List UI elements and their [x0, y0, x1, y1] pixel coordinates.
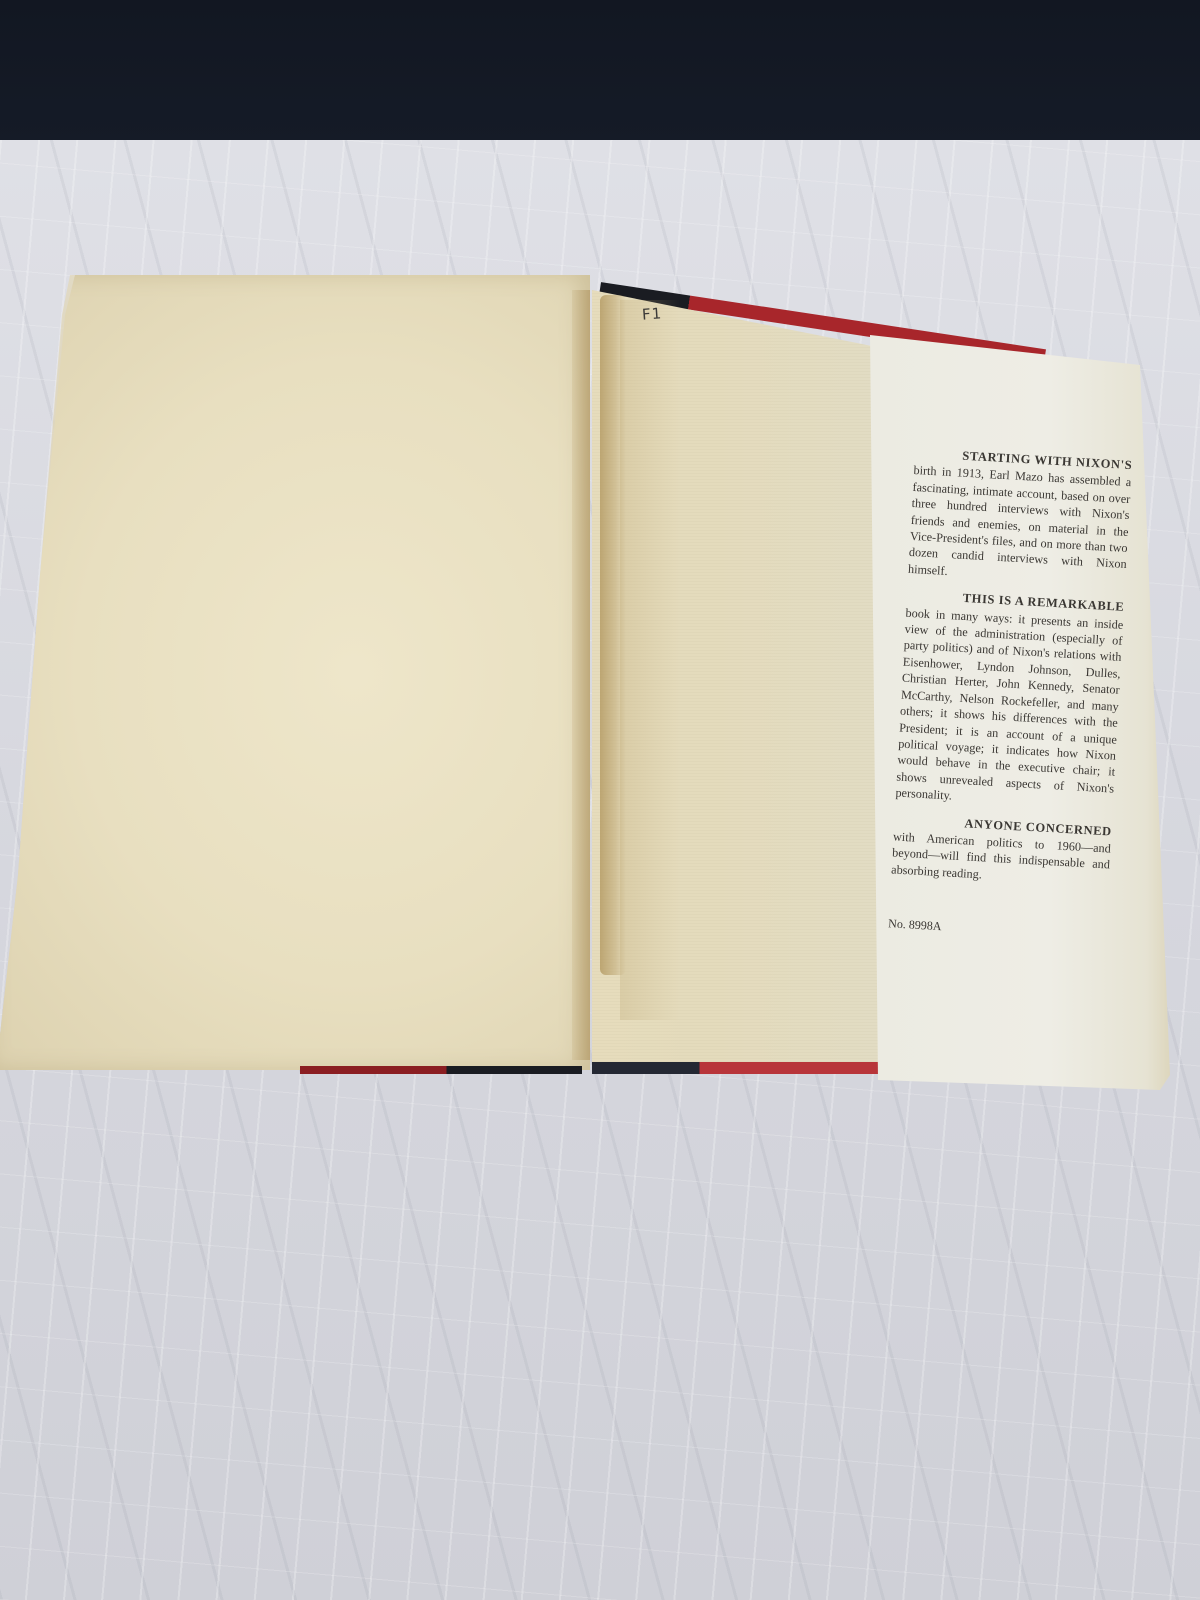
cover-edge-bottom-right — [592, 1062, 890, 1074]
pencil-mark: F1 — [641, 304, 662, 323]
section-body: birth in 1913, Earl Mazo has assembled a… — [908, 462, 1132, 589]
flap-text: STARTING WITH NIXON'S birth in 1913, Ear… — [888, 445, 1133, 944]
stain-halo — [620, 300, 680, 1020]
gutter-stain-right — [600, 295, 626, 975]
open-book: F1 STARTING WITH NIXON'S birth in 1913, … — [0, 0, 1200, 1600]
section-body: book in many ways: it presents an inside… — [895, 604, 1124, 813]
gutter-stain-left — [572, 290, 590, 1060]
cover-edge-bottom-left — [300, 1066, 582, 1074]
left-blank-page — [0, 275, 590, 1070]
